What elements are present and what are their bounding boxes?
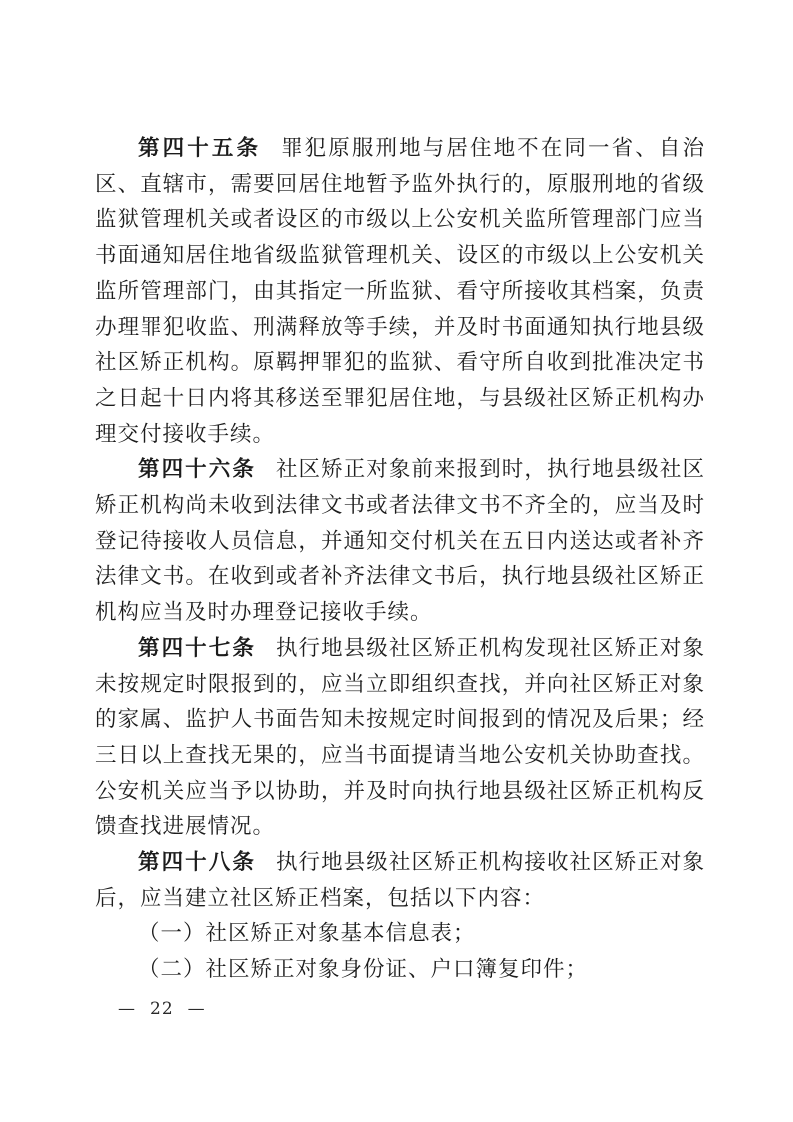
article-paragraph-45: 第四十五条罪犯原服刑地与居住地不在同一省、自治区、直辖市，需要回居住地暂予监外执… (95, 131, 705, 452)
page-footer: —22— (118, 997, 206, 1021)
article-46-text: 社区矫正对象前来报到时，执行地县级社区矫正机构尚未收到法律文书或者法律文书不齐全… (95, 457, 705, 625)
document-body: 第四十五条罪犯原服刑地与居住地不在同一省、自治区、直辖市，需要回居住地暂予监外执… (95, 131, 705, 988)
article-45-text: 罪犯原服刑地与居住地不在同一省、自治区、直辖市，需要回居住地暂予监外执行的，原服… (95, 136, 705, 447)
list-item-1: （一）社区矫正对象基本信息表； (95, 916, 705, 952)
article-46-number: 第四十六条 (138, 457, 256, 482)
footer-dash-left: — (118, 997, 136, 1021)
document-page: 第四十五条罪犯原服刑地与居住地不在同一省、自治区、直辖市，需要回居住地暂予监外执… (0, 0, 793, 1122)
page-number: 22 (150, 997, 174, 1021)
article-45-number: 第四十五条 (138, 136, 261, 161)
footer-dash-right: — (188, 997, 206, 1021)
article-47-text: 执行地县级社区矫正机构发现社区矫正对象未按规定时限报到的，应当立即组织查找，并向… (95, 636, 705, 840)
article-paragraph-46: 第四十六条社区矫正对象前来报到时，执行地县级社区矫正机构尚未收到法律文书或者法律… (95, 452, 705, 631)
article-47-number: 第四十七条 (138, 636, 256, 661)
list-item-2: （二）社区矫正对象身份证、户口簿复印件； (95, 952, 705, 988)
article-paragraph-48: 第四十八条执行地县级社区矫正机构接收社区矫正对象后，应当建立社区矫正档案，包括以… (95, 845, 705, 916)
article-paragraph-47: 第四十七条执行地县级社区矫正机构发现社区矫正对象未按规定时限报到的，应当立即组织… (95, 631, 705, 845)
article-48-number: 第四十八条 (138, 850, 256, 875)
